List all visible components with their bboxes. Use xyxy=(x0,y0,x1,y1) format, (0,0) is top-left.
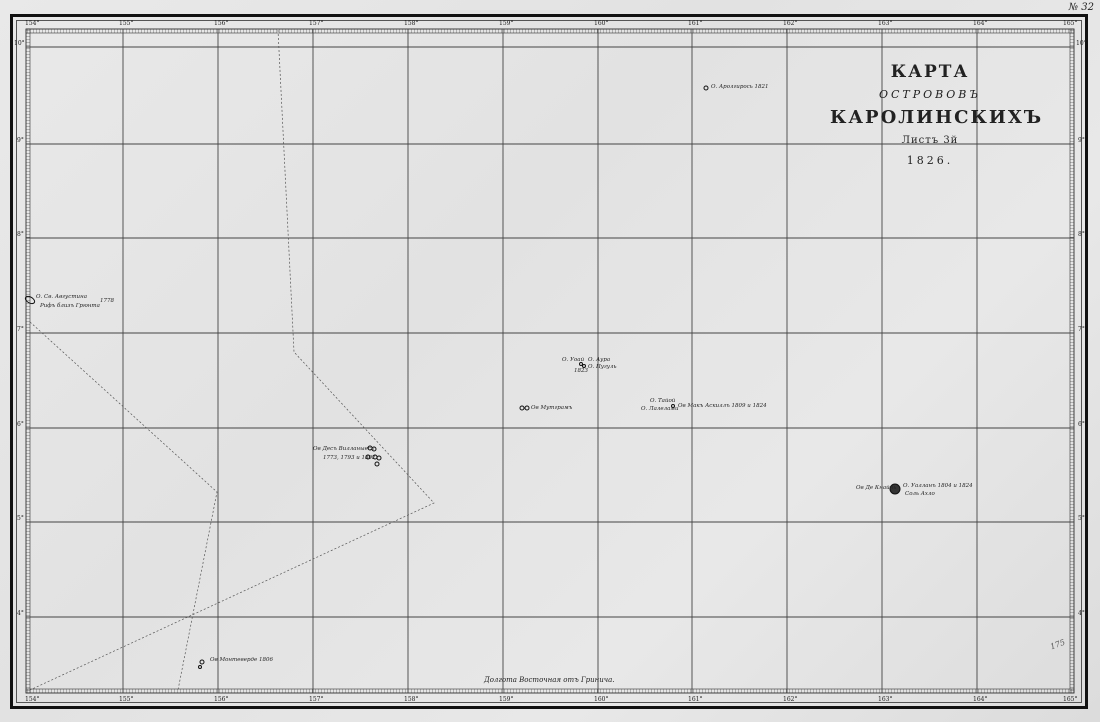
lat-label-left: 5° xyxy=(17,515,24,522)
island-year: 1778 xyxy=(100,298,114,304)
lon-label-top: 161° xyxy=(688,20,702,27)
island-label: О. Св. Августина xyxy=(36,294,87,300)
lon-label-top: 156° xyxy=(214,20,228,27)
lon-label-top: 160° xyxy=(594,20,608,27)
lon-label-top: 164° xyxy=(973,20,987,27)
title-line-5: 1826. xyxy=(830,154,1030,167)
longitude-caption: Долгота Восточная отъ Гриничa. xyxy=(484,676,615,684)
lon-label-bottom: 157° xyxy=(309,696,323,703)
island-sublabel: Рифъ близъ Грюнта xyxy=(40,303,100,309)
island-label: О. Уоай xyxy=(562,357,584,363)
lat-label-left: 9° xyxy=(17,137,24,144)
lat-label-left: 7° xyxy=(17,326,24,333)
lat-label-right: 9° xyxy=(1078,137,1085,144)
lon-label-bottom: 165° xyxy=(1063,696,1077,703)
island-label: Соль Ахло xyxy=(905,491,935,497)
lon-label-bottom: 158° xyxy=(404,696,418,703)
lon-label-bottom: 160° xyxy=(594,696,608,703)
lat-label-right: 6° xyxy=(1078,421,1085,428)
lon-label-top: 157° xyxy=(309,20,323,27)
lon-label-top: 165° xyxy=(1063,20,1077,27)
title-line-2: ОСТРОВОВЪ xyxy=(830,88,1030,101)
lon-label-top: 163° xyxy=(878,20,892,27)
lat-label-right: 8° xyxy=(1078,231,1085,238)
lon-label-bottom: 164° xyxy=(973,696,987,703)
island-label: О. Аура xyxy=(588,357,610,363)
lon-label-bottom: 163° xyxy=(878,696,892,703)
title-line-3: КАРОЛИНСКИХЪ xyxy=(830,107,1030,128)
island-label: Ов Монтеверде 1806 xyxy=(210,657,273,663)
island-glyphs xyxy=(24,86,900,669)
lat-label-left: 4° xyxy=(17,610,24,617)
lon-label-bottom: 155° xyxy=(119,696,133,703)
island-label: Ов Десъ Вилланыесь xyxy=(313,446,374,452)
lon-label-bottom: 162° xyxy=(783,696,797,703)
lat-label-right: 4° xyxy=(1078,610,1085,617)
lat-label-right: 7° xyxy=(1078,326,1085,333)
lon-label-bottom: 161° xyxy=(688,696,702,703)
lon-label-top: 158° xyxy=(404,20,418,27)
island-label: Ов Мутграмъ xyxy=(531,405,572,411)
lon-label-top: 154° xyxy=(25,20,39,27)
island-label: Ов Макъ Аскиллъ 1809 и 1824 xyxy=(678,403,767,409)
lat-label-left: 6° xyxy=(17,421,24,428)
island-label: О. Аролгирось 1821 xyxy=(711,84,768,90)
lon-label-bottom: 156° xyxy=(214,696,228,703)
lat-label-left: 10° xyxy=(14,40,25,47)
island-label: О. Лалелами xyxy=(641,406,679,412)
lon-label-top: 155° xyxy=(119,20,133,27)
ship-tracks xyxy=(30,30,434,690)
title-line-1: КАРТА xyxy=(830,62,1030,82)
title-line-4: Листъ 3й xyxy=(830,135,1030,146)
island-label: Ов Де Кнайнь xyxy=(856,485,896,491)
island-label: О. Пугуль xyxy=(588,364,616,370)
island-label: О. Тайой xyxy=(650,398,675,404)
island-label: 1773, 1793 и 1802 xyxy=(323,455,376,461)
island-label: 1823 xyxy=(574,368,588,374)
lon-label-top: 159° xyxy=(499,20,513,27)
lon-label-bottom: 154° xyxy=(25,696,39,703)
lat-label-right: 10° xyxy=(1076,40,1087,47)
island-label: О. Уалланъ 1804 и 1824 xyxy=(903,483,973,489)
lon-label-bottom: 159° xyxy=(499,696,513,703)
lat-label-right: 5° xyxy=(1078,515,1085,522)
lat-label-left: 8° xyxy=(17,231,24,238)
map-title: КАРТА ОСТРОВОВЪ КАРОЛИНСКИХЪ Листъ 3й 18… xyxy=(830,62,1030,167)
map-sheet: № 32 xyxy=(0,0,1100,722)
lon-label-top: 162° xyxy=(783,20,797,27)
